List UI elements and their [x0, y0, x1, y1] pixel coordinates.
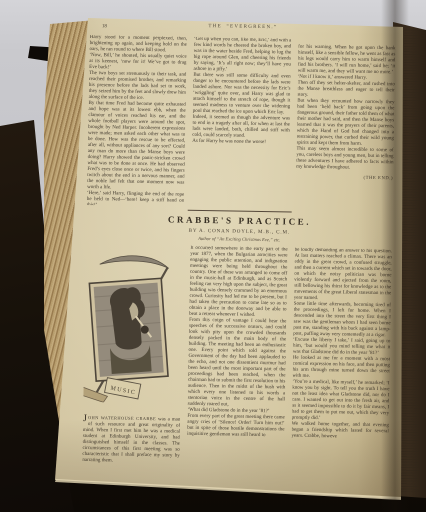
portfolio — [82, 386, 107, 403]
page-number: 18 — [102, 24, 107, 30]
story-opening-paragraph: JOHN WATERHOUSE CRABBE was a man of such… — [82, 409, 180, 466]
drop-cap: J — [83, 415, 87, 423]
the-end-marker: (THE END.) — [296, 174, 393, 182]
story-title: CRABBE'S PRACTICE. — [86, 213, 392, 228]
scythe-blade — [100, 255, 169, 268]
title-rule — [188, 210, 292, 213]
story-illustration: MUSIC — [82, 250, 183, 404]
printed-page-content: 18 THE “EVERGREEN.” Harry stood for a mo… — [82, 21, 396, 471]
running-head: THE “EVERGREEN.” — [90, 21, 396, 33]
framed-portrait — [89, 278, 168, 381]
page-header: 18 THE “EVERGREEN.” — [90, 21, 396, 36]
story-column-2: It occurred somewhere in the early part … — [187, 246, 288, 470]
story-title-block: CRABBE'S PRACTICE. BY A. CONAN DOYLE, M.… — [86, 213, 392, 244]
prev-story-column-3-text: for his warning. When he got upon the ba… — [296, 45, 395, 171]
photograph-of-open-book: 18 THE “EVERGREEN.” Harry stood for a mo… — [0, 0, 426, 512]
prev-story-column-3: for his warning. When he got upon the ba… — [295, 39, 395, 211]
story-column-3: be loudly demanding an answer to his que… — [291, 248, 392, 472]
story-column-1: MUSIC JOHN WATERHOUSE CRABBE was a man o… — [82, 244, 183, 468]
opening-small-caps: OHN WATERHOUSE CRABBE — [88, 415, 156, 421]
previous-story-columns: Harry stood for a moment perplexed, then… — [87, 35, 396, 210]
prev-story-column-2: ‘Get up when you can, like me, Eric,’ an… — [191, 37, 291, 209]
story-columns: MUSIC JOHN WATERHOUSE CRABBE was a man o… — [82, 244, 392, 471]
opening-text: was a man of such resource and great ori… — [82, 417, 180, 463]
music-card: MUSIC — [105, 378, 141, 399]
prev-story-column-1: Harry stood for a moment perplexed, then… — [87, 35, 187, 207]
